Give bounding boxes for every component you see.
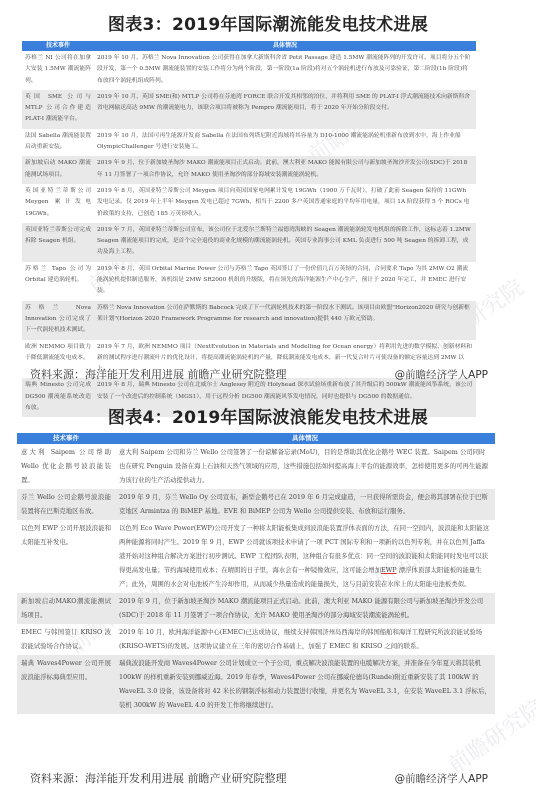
detail-cell: 2019 年 9 月，位于新加坡圣淘沙 MAKO 潮流能项目正式启动。此前，澳大… — [94, 156, 476, 184]
table-row: 意大利 Saipem 公司帮助 Wello 优化企鹅号波浪能装置。意大利 Sai… — [17, 444, 495, 489]
detail-cell: 意大利 Saipem 公司和芬兰 Wello 公司签署了一份谅解备忘录(MoU)… — [115, 444, 495, 489]
detail-cell: 瑞典波浪能开发商 Waves4Power 公司计划成立一个子公司，重点解决波浪能… — [115, 655, 495, 714]
chart4-title: 图表4：2019年国际波浪能发电技术进展 — [0, 403, 536, 428]
table-row: EMEC 与韩国签订 KRISO 波浪能试验场合作协议。2019 年 10 月，… — [17, 624, 495, 655]
detail-cell: 2019 年 9 月，位于新加坡圣淘沙 MAKO 潮流能项目正式启动。此前，澳大… — [115, 593, 495, 624]
column-header-event: 技术事件 — [17, 433, 115, 444]
event-cell: 新加坡启动 MAKO 潮流能测试场项目。 — [22, 156, 94, 184]
event-cell: 法国 Sabella 潮流能装置启动重新安装。 — [22, 129, 94, 157]
detail-cell: 2019 年 10 月，法国可再生能源开发商 Sabella 在法国布列塔尼附近… — [94, 129, 476, 157]
detail-cell: 2019 年 8 月，英国 Orbital Marine Power 公司与苏格… — [94, 262, 476, 301]
table-row: 以色列 EWP 公司开展波浪能和太阳能互补发电。以色列 Eco Wave Pow… — [17, 520, 495, 593]
detail-cell: 2019 年 10 月，苏格兰 Nova Innovation 公司获得在加拿大… — [94, 51, 476, 90]
event-cell: 英国 SME 公司与 MTLP 公司合作建造 PLAT-I 潮流能平台。 — [22, 90, 94, 129]
detail-text-underlined: EWP — [381, 566, 397, 574]
event-cell: 苏格兰 Nova Innovation 公司完成了下一代涡轮机技术测试。 — [22, 301, 94, 340]
table-row: 法国 Sabella 潮流能装置启动重新安装。2019 年 10 月，法国可再生… — [22, 129, 476, 157]
chart3-source: 资料来源：海洋能开发利用进展 前瞻产业研究院整理 — [30, 366, 287, 382]
table-row: 英国 SME 公司与 MTLP 公司合作建造 PLAT-I 潮流能平台。2019… — [22, 90, 476, 129]
table-header-row: 技术事件 具体情况 — [22, 41, 476, 51]
chart3-brand: @前瞻经济学人APP — [395, 367, 488, 382]
event-cell: 英国亚特兰蒂斯公司 Meygen 累计发电 19GWh。 — [22, 184, 94, 223]
chart3-title: 图表3：2019年国际潮流能发电技术进展 — [0, 10, 536, 35]
event-cell: 新加坡启动MAKO潮流能测试场项目。 — [17, 593, 115, 624]
chart4-table: 技术事件 具体情况 意大利 Saipem 公司帮助 Wello 优化企鹅号波浪能… — [17, 433, 495, 714]
event-cell: 芬兰 Wello 公司企鹅号波浪能装置将在巴斯克地区布放。 — [17, 489, 115, 520]
detail-cell: 2019 年 10 月，英国 SME(和) MTLP 公司将在芬迪湾 FORCE… — [94, 90, 476, 129]
column-header-detail: 具体情况 — [115, 433, 495, 444]
detail-cell: 2019 年 7 月，英国亚特兰蒂斯公司宣布，该公司位于北爱尔兰斯特兰福德湾海峡… — [94, 223, 476, 262]
event-cell: 意大利 Saipem 公司帮助 Wello 优化企鹅号波浪能装置。 — [17, 444, 115, 489]
event-cell: 以色列 EWP 公司开展波浪能和太阳能互补发电。 — [17, 520, 115, 593]
detail-cell: 以色列 Eco Wave Power(EWP)公司开发了一种将太阳能板集成到波浪… — [115, 520, 495, 593]
table-row: 苏格兰 Nova Innovation 公司完成了下一代涡轮机技术测试。苏格兰 … — [22, 301, 476, 340]
column-header-detail: 具体情况 — [94, 41, 476, 51]
table-row: 新加坡启动 MAKO 潮流能测试场项目。2019 年 9 月，位于新加坡圣淘沙 … — [22, 156, 476, 184]
event-cell: 苏格兰 NI 公司将在加拿大安装 1.5MW 潮流能阵列。 — [22, 51, 94, 90]
event-cell: 瑞典 Waves4Power 公司开展波浪能浮标海典型应用。 — [17, 655, 115, 714]
chart4-source: 资料来源：海洋能开发利用进展 前瞻产业研究院整理 — [30, 770, 287, 786]
table-header-row: 技术事件 具体情况 — [17, 433, 495, 444]
table-row: 英国亚特兰蒂斯公司 Meygen 累计发电 19GWh。2019 年 8 月，英… — [22, 184, 476, 223]
table-row: 芬兰 Wello 公司企鹅号波浪能装置将在巴斯克地区布放。2019 年 9 月，… — [17, 489, 495, 520]
table-row: 英国亚特兰蒂斯公司完成拆除 Seagen 机组。2019 年 7 月，英国亚特兰… — [22, 223, 476, 262]
chart3-table: 技术事件 具体情况 苏格兰 NI 公司将在加拿大安装 1.5MW 潮流能阵列。2… — [22, 41, 476, 417]
detail-cell: 2019 年 9 月，芬兰 Wello Oy 公司宣布，新型企鹅号已在 2019… — [115, 489, 495, 520]
chart4-brand: @前瞻经济学人APP — [395, 771, 488, 786]
detail-cell: 苏格兰 Nova Innovation 公司在萨默斯的 Babcock 完成了下… — [94, 301, 476, 340]
detail-cell: 2019 年 8 月，英国亚特兰蒂斯公司 Meygen 项目向英国国家电网累计发… — [94, 184, 476, 223]
detail-cell: 2019 年 10 月，欧洲海洋能源中心(EMEC)已达成协议，继续支持韩国济州… — [115, 624, 495, 655]
column-header-event: 技术事件 — [22, 41, 94, 51]
table-row: 新加坡启动MAKO潮流能测试场项目。2019 年 9 月，位于新加坡圣淘沙 MA… — [17, 593, 495, 624]
table-row: 瑞典 Waves4Power 公司开展波浪能浮标海典型应用。瑞典波浪能开发商 W… — [17, 655, 495, 714]
table-row: 苏格兰 NI 公司将在加拿大安装 1.5MW 潮流能阵列。2019 年 10 月… — [22, 51, 476, 90]
event-cell: EMEC 与韩国签订 KRISO 波浪能试验场合作协议。 — [17, 624, 115, 655]
event-cell: 英国亚特兰蒂斯公司完成拆除 Seagen 机组。 — [22, 223, 94, 262]
event-cell: 苏格兰 Tapo 公司为 Orbital 建造涡轮机。 — [22, 262, 94, 301]
table-row: 苏格兰 Tapo 公司为 Orbital 建造涡轮机。2019 年 8 月，英国… — [22, 262, 476, 301]
